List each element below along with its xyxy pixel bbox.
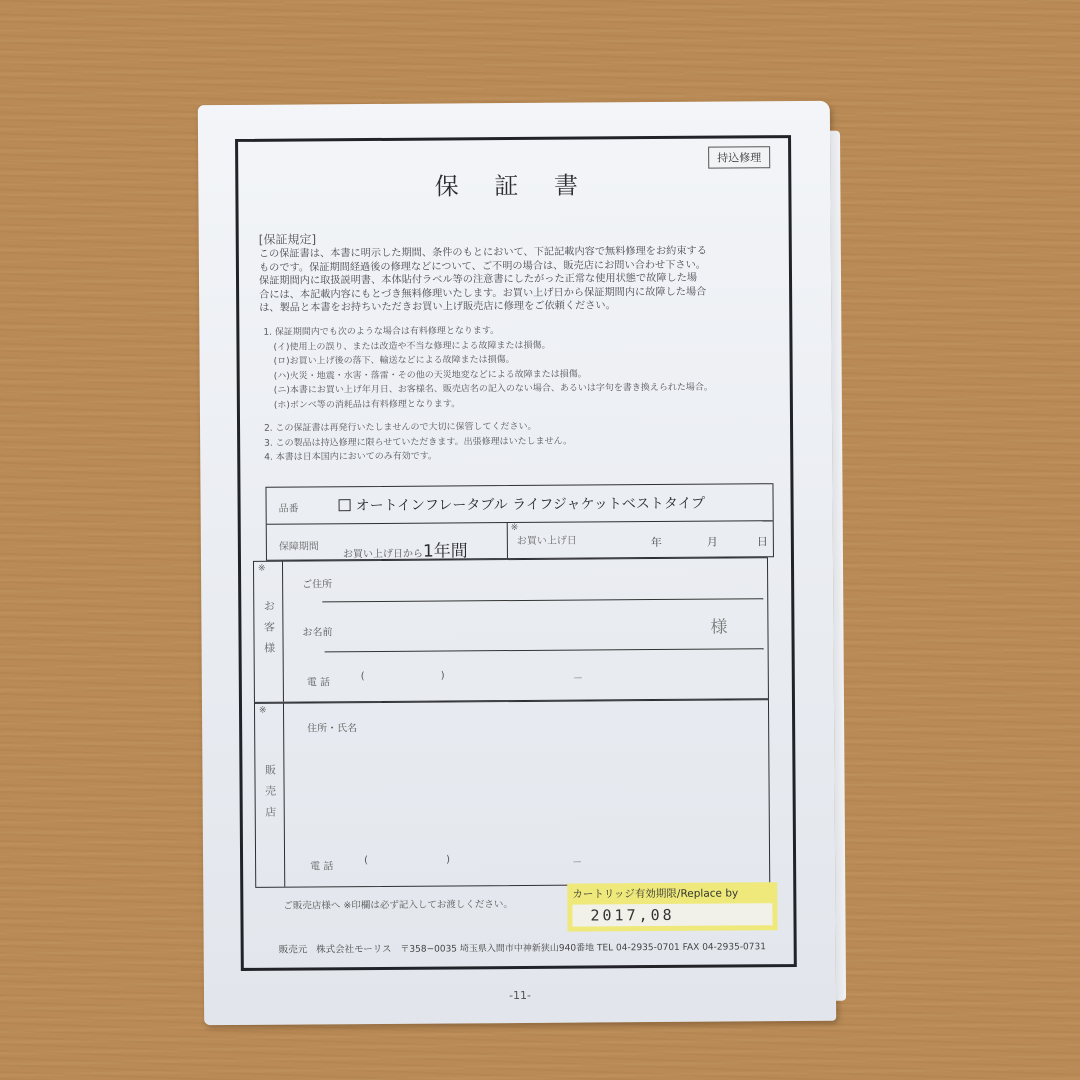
dealer-section: ※ 販 売 店 住所・氏名 電 話 ( ) － [254,699,770,888]
product-name-text: オートインフレータブル ライフジャケットベストタイプ [356,496,706,514]
dealer-note: ご販売店様へ ※印欄は必ず記入してお渡しください。 [283,896,513,912]
warranty-frame: 持込修理 保 証 書 [保証規定] この保証書は、本書に明示した期間、条件のもと… [235,135,797,971]
additional-notes: 2. この保証書は再発行いたしませんので大切に保管してください。 3. この製品… [264,420,572,466]
warranty-row: 保障期間 お買い上げ日から1年間 ※ お買い上げ日 年 月 日 [267,520,773,560]
side-char: 客 [262,617,276,638]
day-field[interactable]: 日 [757,533,768,549]
phone-close-paren: ) [446,854,450,865]
clause-item: (ホ)ボンベ等の消耗品は有料修理となります。 [264,395,784,413]
customer-section: ※ お 客 様 ご住所 お名前 様 電 話 ( ) － [253,557,769,703]
seller-label: 販売元 [279,944,308,955]
side-char: 店 [264,802,278,823]
customer-address-field[interactable] [322,598,763,602]
product-label: 品番 [279,500,299,515]
customer-name-field[interactable] [325,648,764,652]
phone-dash: － [573,670,583,685]
dealer-side-label: 販 売 店 [263,760,277,823]
product-checkbox[interactable] [339,499,351,511]
warranty-terms: [保証規定] この保証書は、本書に明示した期間、条件のもとにおいて、下記記載内容… [259,230,780,315]
phone-open-paren: ( [364,855,368,866]
note-item: 2. この保証書は再発行いたしませんので大切に保管してください。 [264,420,572,437]
required-mark: ※ [258,564,266,574]
purchase-date-label: お買い上げ日 [517,532,577,547]
phone-open-paren: ( [361,671,365,682]
month-field[interactable]: 月 [707,534,718,550]
seller-fax: FAX 04-2935-0731 [683,942,766,953]
warranty-prefix: お買い上げ日から [343,549,423,561]
phone-dash: － [572,854,582,869]
phone-close-paren: ) [441,671,445,682]
cartridge-title: カートリッジ有効期限/Replace by [572,885,772,901]
customer-side-column: ※ お 客 様 [254,562,284,702]
warranty-label: 保障期間 [279,537,319,552]
cartridge-date: 2017,08 [572,903,772,926]
honorific-sama: 様 [710,613,727,638]
side-char: お [262,596,276,617]
dealer-address-field[interactable] [295,734,759,847]
customer-name-label: お名前 [302,623,332,638]
product-name: オートインフレータブル ライフジャケットベストタイプ [339,493,706,516]
seller-address: 〒358−0035 埼玉県入間市中神新狭山940番地 [400,943,594,954]
page-number: -11- [204,987,836,1004]
seller-company: 株式会社モーリス [316,944,392,956]
note-item: 4. 本書は日本国内においてのみ有効です。 [264,449,572,466]
cartridge-expiry-label: カートリッジ有効期限/Replace by 2017,08 [567,882,777,931]
customer-side-label: お 客 様 [262,596,276,659]
row-divider [507,522,508,558]
seller-tel: TEL 04-2935-0701 [597,943,680,954]
product-row: 品番 オートインフレータブル ライフジャケットベストタイプ [266,484,772,525]
customer-address-label: ご住所 [302,575,332,590]
warranty-period: お買い上げ日から1年間 [343,536,468,562]
warranty-card-page: 持込修理 保 証 書 [保証規定] この保証書は、本書に明示した期間、条件のもと… [198,101,836,1025]
side-char: 販 [263,760,277,781]
document-title: 保 証 書 [238,164,788,203]
dealer-side-column: ※ 販 売 店 [255,704,285,887]
dealer-phone-label: 電 話 [310,857,333,872]
page-edge [830,131,846,1001]
year-field[interactable]: 年 [651,534,662,550]
paid-repair-clause: 1. 保証期間内でも次のような場合は有料修理となります。 (イ)使用上の誤り、ま… [263,322,784,413]
side-char: 様 [263,638,277,659]
product-info-table: 品番 オートインフレータブル ライフジャケットベストタイプ 保障期間 お買い上げ… [265,483,774,561]
seller-info: 販売元 株式会社モーリス 〒358−0035 埼玉県入間市中神新狭山940番地 … [279,938,766,955]
side-char: 売 [264,781,278,802]
required-mark: ※ [259,706,267,716]
note-item: 3. この製品は持込修理に限らせていただきます。出張修理はいたしません。 [264,434,572,451]
customer-phone-label: 電 話 [307,673,330,688]
terms-line: は、製品と本書をお持ちいただきお買い上げ販売店に修理をご依頼ください。 [259,298,779,315]
dealer-address-name-label: 住所・氏名 [307,719,357,734]
